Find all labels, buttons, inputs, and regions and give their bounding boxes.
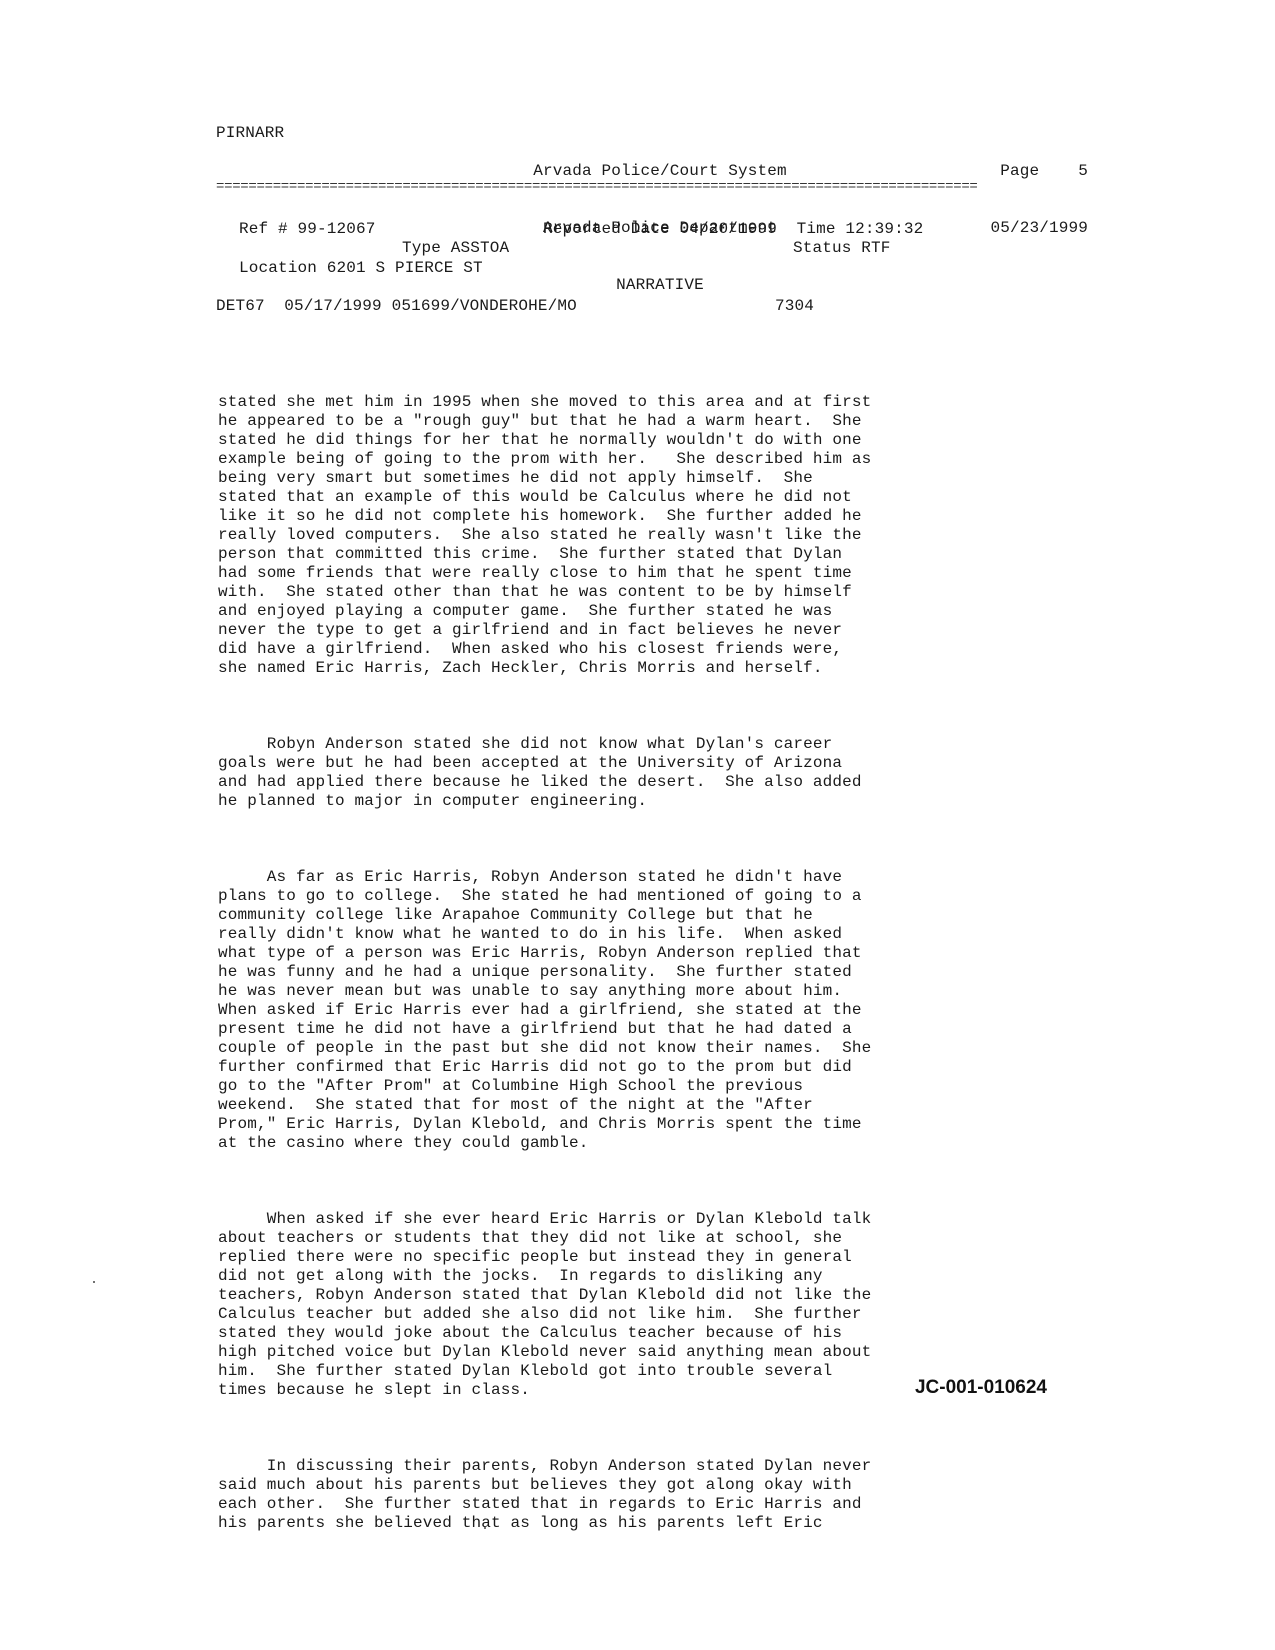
reported-date: 04/20/1999 — [680, 220, 778, 238]
narrative-paragraph: As far as Eric Harris, Robyn Anderson st… — [218, 868, 978, 1153]
officer-code: DET67 — [216, 297, 265, 315]
reported-date-label: Reported Date — [543, 220, 670, 238]
type-field: Type ASSTOA — [402, 239, 509, 258]
ref-label: Ref # — [239, 220, 288, 238]
page-number-line: Page 5 — [960, 162, 1088, 181]
narrative-body: stated she met him in 1995 when she move… — [218, 355, 978, 1571]
location-value: 6201 S PIERCE ST — [327, 259, 483, 277]
ref-field: Ref # 99-12067 — [239, 220, 376, 239]
page-number: 5 — [1078, 162, 1088, 180]
status-label: Status — [793, 239, 852, 257]
narrative-paragraph: stated she met him in 1995 when she move… — [218, 393, 978, 678]
scan-artifact — [484, 1527, 486, 1529]
print-date: 05/23/1999 — [960, 219, 1088, 238]
narrative-paragraph: Robyn Anderson stated she did not know w… — [218, 735, 978, 811]
document-id-stamp: JC-001-010624 — [872, 1377, 1047, 1399]
status-value: RTF — [861, 239, 890, 257]
time-label: Time — [797, 220, 836, 238]
page-label: Page — [1000, 162, 1039, 180]
reported-time: 12:39:32 — [845, 220, 923, 238]
program-id: PIRNARR — [216, 124, 284, 143]
entry-ref: 051699/VONDEROHE/MO — [392, 297, 577, 315]
narrative-paragraph: In discussing their parents, Robyn Ander… — [218, 1457, 978, 1533]
reported-field: Reported Date 04/20/1999 Time 12:39:32 — [543, 220, 923, 239]
location-field: Location 6201 S PIERCE ST — [239, 259, 483, 278]
narrative-paragraph: When asked if she ever heard Eric Harris… — [218, 1210, 978, 1400]
scan-artifact — [511, 1499, 513, 1501]
scan-artifact — [93, 1281, 95, 1283]
entry-number: 7304 — [775, 297, 814, 316]
system-name: Arvada Police/Court System — [470, 162, 850, 181]
entry-date: 05/17/1999 — [284, 297, 382, 315]
entry-info: DET67 05/17/1999 051699/VONDEROHE/MO — [216, 297, 577, 316]
ref-number: 99-12067 — [298, 220, 376, 238]
type-value: ASSTOA — [451, 239, 510, 257]
location-label: Location — [239, 259, 317, 277]
type-label: Type — [402, 239, 441, 257]
status-field: Status RTF — [793, 239, 891, 258]
report-type: NARRATIVE — [470, 276, 850, 295]
page-info: Page 5 05/23/1999 — [960, 124, 1088, 276]
header-divider: ========================================… — [216, 180, 1088, 194]
